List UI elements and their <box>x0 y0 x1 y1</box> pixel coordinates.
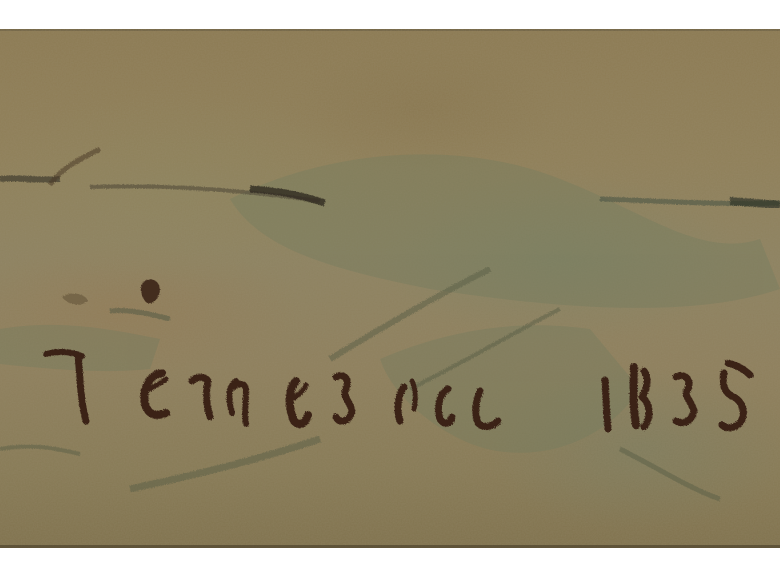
date-inscription: 1835 <box>595 354 755 434</box>
painting-detail: Venezia 1835 <box>0 29 780 548</box>
top-white-border <box>0 0 780 29</box>
bottom-white-border <box>0 548 780 585</box>
signature-inscription: Venezia <box>60 347 520 427</box>
brush-strokes <box>0 29 780 548</box>
